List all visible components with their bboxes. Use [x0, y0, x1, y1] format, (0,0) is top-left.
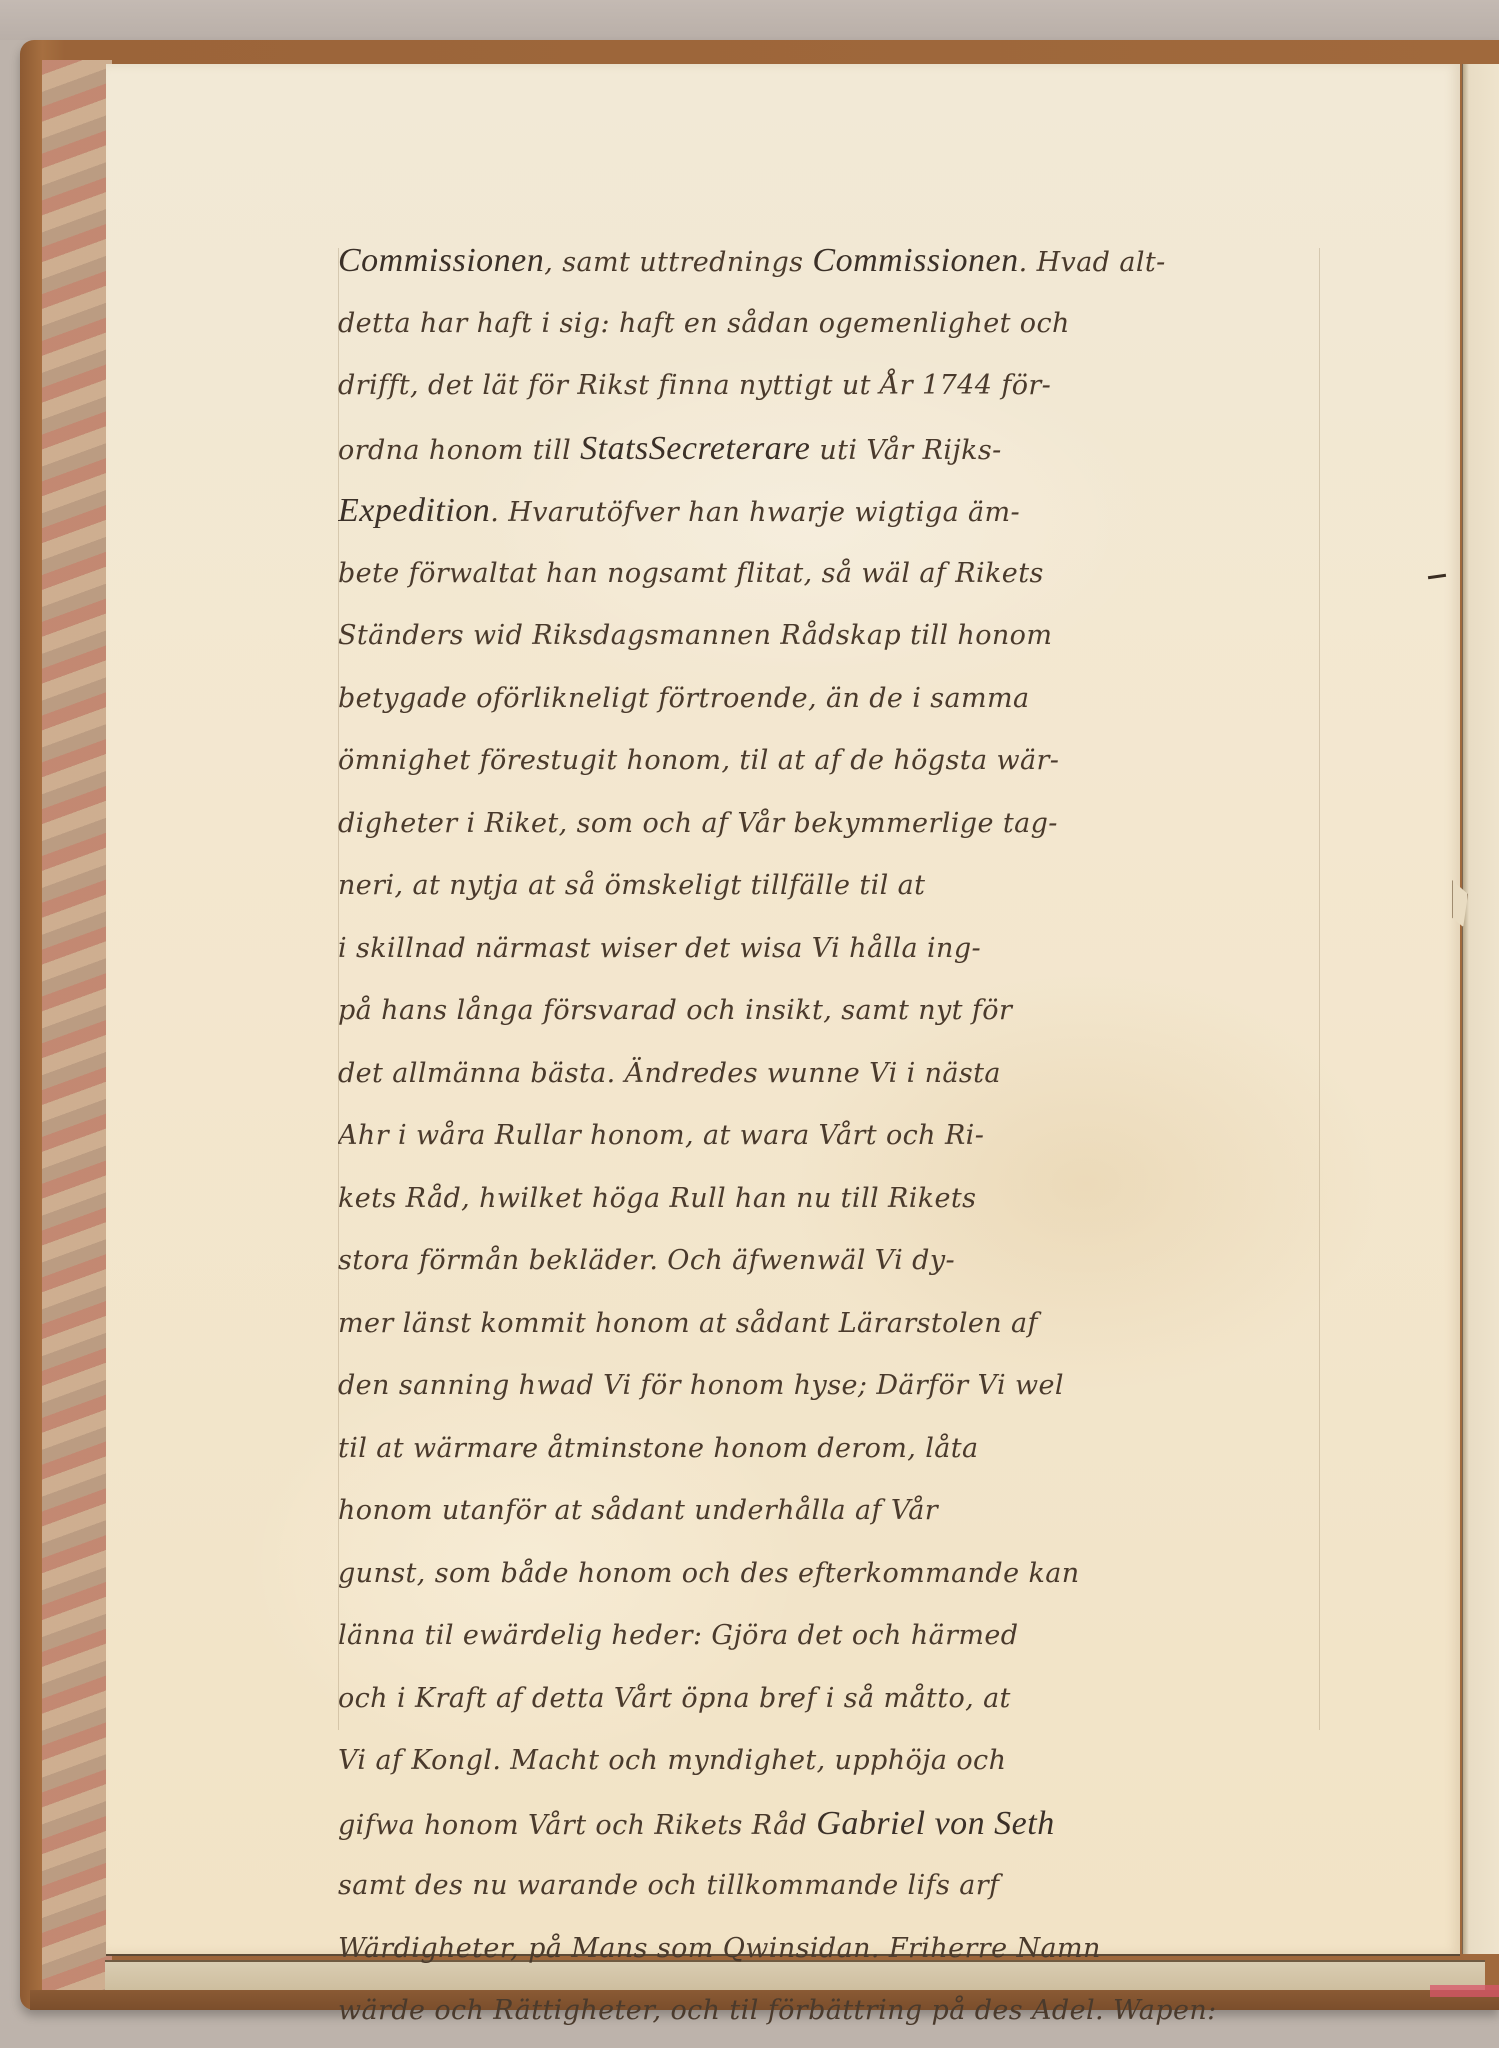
latin-script-word: Commissionen	[338, 242, 544, 279]
latin-script-word: Expedition	[338, 492, 490, 529]
kurrent-text: Ahr i wåra Rullar honom, at wara Vårt oc…	[338, 1120, 984, 1151]
kurrent-text: stora förmån bekläder. Och äfwenwäl Vi d…	[338, 1245, 955, 1276]
latin-script-word: StatsSecreterare	[580, 430, 810, 467]
kurrent-text: honom utanför at sådant underhålla af Vå…	[338, 1495, 938, 1526]
kurrent-text: det allmänna bästa. Ändredes wunne Vi i …	[338, 1058, 1001, 1089]
manuscript-line: Commissionen, samt uttrednings Commissio…	[338, 230, 1338, 293]
manuscript-line: gifwa honom Vårt och Rikets Råd Gabriel …	[338, 1793, 1338, 1856]
kurrent-text: den sanning hwad Vi för honom hyse; Därf…	[338, 1370, 1064, 1401]
manuscript-line: stora förmån bekläder. Och äfwenwäl Vi d…	[338, 1230, 1338, 1293]
kurrent-text: digheter i Riket, som och af Vår bekymme…	[338, 808, 1058, 839]
manuscript-line: ordna honom till StatsSecreterare uti Vå…	[338, 418, 1338, 481]
kurrent-text: och i Kraft af detta Vårt öpna bref i så…	[338, 1683, 1011, 1714]
manuscript-line: i skillnad närmast wiser det wisa Vi hål…	[338, 918, 1338, 981]
latin-script-word: Commissionen	[812, 242, 1018, 279]
kurrent-text: til at wärmare åtminstone honom derom, l…	[338, 1433, 979, 1464]
manuscript-line: betygade oförlikneligt förtroende, än de…	[338, 668, 1338, 731]
latin-script-word: Gabriel von Seth	[816, 1805, 1054, 1842]
kurrent-text: samt des nu warande och tillkommande lif…	[338, 1870, 999, 1901]
kurrent-text: bete förwaltat han nogsamt flitat, så wä…	[338, 558, 1044, 589]
manuscript-line: samt des nu warande och tillkommande lif…	[338, 1855, 1338, 1918]
manuscript-line: Vi af Kongl. Macht och myndighet, upphöj…	[338, 1730, 1338, 1793]
manuscript-line: drifft, det lät för Rikst finna nyttigt …	[338, 355, 1338, 418]
kurrent-text: mer länst kommit honom at sådant Lärarst…	[338, 1308, 1038, 1339]
kurrent-text: Vi af Kongl. Macht och myndighet, upphöj…	[338, 1745, 1006, 1776]
manuscript-line: neri, at nytja at så ömskeligt tillfälle…	[338, 855, 1338, 918]
kurrent-text: . Hvad alt-	[1019, 247, 1166, 278]
background-surface	[0, 0, 1499, 40]
facing-page-edge	[1462, 64, 1499, 1954]
manuscript-line: mer länst kommit honom at sådant Lärarst…	[338, 1293, 1338, 1356]
manuscript-line: och i Kraft af detta Vårt öpna bref i så…	[338, 1668, 1338, 1731]
kurrent-text: uti Vår Rijks-	[810, 435, 1001, 466]
manuscript-line: til at wärmare åtminstone honom derom, l…	[338, 1418, 1338, 1481]
manuscript-line: Ständers wid Riksdagsmannen Rådskap till…	[338, 605, 1338, 668]
kurrent-text: gifwa honom Vårt och Rikets Råd	[338, 1810, 816, 1841]
kurrent-text: i skillnad närmast wiser det wisa Vi hål…	[338, 933, 981, 964]
manuscript-line: länna til ewärdelig heder: Gjöra det och…	[338, 1605, 1338, 1668]
manuscript-line: wärde och Rättigheter, och til förbättri…	[338, 1980, 1338, 2043]
kurrent-text: länna til ewärdelig heder: Gjöra det och…	[338, 1620, 1018, 1651]
kurrent-text: kets Råd, hwilket höga Rull han nu till …	[338, 1183, 976, 1214]
manuscript-text: Commissionen, samt uttrednings Commissio…	[338, 230, 1338, 2043]
manuscript-line: ömnighet förestugit honom, til at af de …	[338, 730, 1338, 793]
kurrent-text: Wärdigheter, på Mans som Qwinsidan. Frih…	[338, 1933, 1101, 1964]
manuscript-line: honom utanför at sådant underhålla af Vå…	[338, 1480, 1338, 1543]
kurrent-text: ömnighet förestugit honom, til at af de …	[338, 745, 1059, 776]
manuscript-line: digheter i Riket, som och af Vår bekymme…	[338, 793, 1338, 856]
manuscript-line: Expedition. Hvarutöfver han hwarje wigti…	[338, 480, 1338, 543]
manuscript-line: det allmänna bästa. Ändredes wunne Vi i …	[338, 1043, 1338, 1106]
red-page-edge	[1430, 1985, 1499, 1997]
kurrent-text: detta har haft i sig: haft en sådan ogem…	[338, 308, 1070, 339]
kurrent-text: ordna honom till	[338, 435, 580, 466]
manuscript-line: den sanning hwad Vi för honom hyse; Därf…	[338, 1355, 1338, 1418]
marbled-endpaper	[42, 60, 112, 2000]
manuscript-line: bete förwaltat han nogsamt flitat, så wä…	[338, 543, 1338, 606]
kurrent-text: neri, at nytja at så ömskeligt tillfälle…	[338, 870, 925, 901]
kurrent-text: gunst, som både honom och des efterkomma…	[338, 1558, 1080, 1589]
kurrent-text: drifft, det lät för Rikst finna nyttigt …	[338, 370, 1051, 401]
kurrent-text: , samt uttrednings	[544, 247, 812, 278]
manuscript-line: detta har haft i sig: haft en sådan ogem…	[338, 293, 1338, 356]
manuscript-line: gunst, som både honom och des efterkomma…	[338, 1543, 1338, 1606]
kurrent-text: . Hvarutöfver han hwarje wigtiga äm-	[490, 497, 1020, 528]
kurrent-text: wärde och Rättigheter, och til förbättri…	[338, 1995, 1217, 2026]
kurrent-text: på hans långa försvarad och insikt, samt…	[338, 995, 1012, 1026]
manuscript-line: Ahr i wåra Rullar honom, at wara Vårt oc…	[338, 1105, 1338, 1168]
kurrent-text: Ständers wid Riksdagsmannen Rådskap till…	[338, 620, 1052, 651]
manuscript-line: på hans långa försvarad och insikt, samt…	[338, 980, 1338, 1043]
kurrent-text: betygade oförlikneligt förtroende, än de…	[338, 683, 1030, 714]
manuscript-line: kets Råd, hwilket höga Rull han nu till …	[338, 1168, 1338, 1231]
manuscript-line: Wärdigheter, på Mans som Qwinsidan. Frih…	[338, 1918, 1338, 1981]
